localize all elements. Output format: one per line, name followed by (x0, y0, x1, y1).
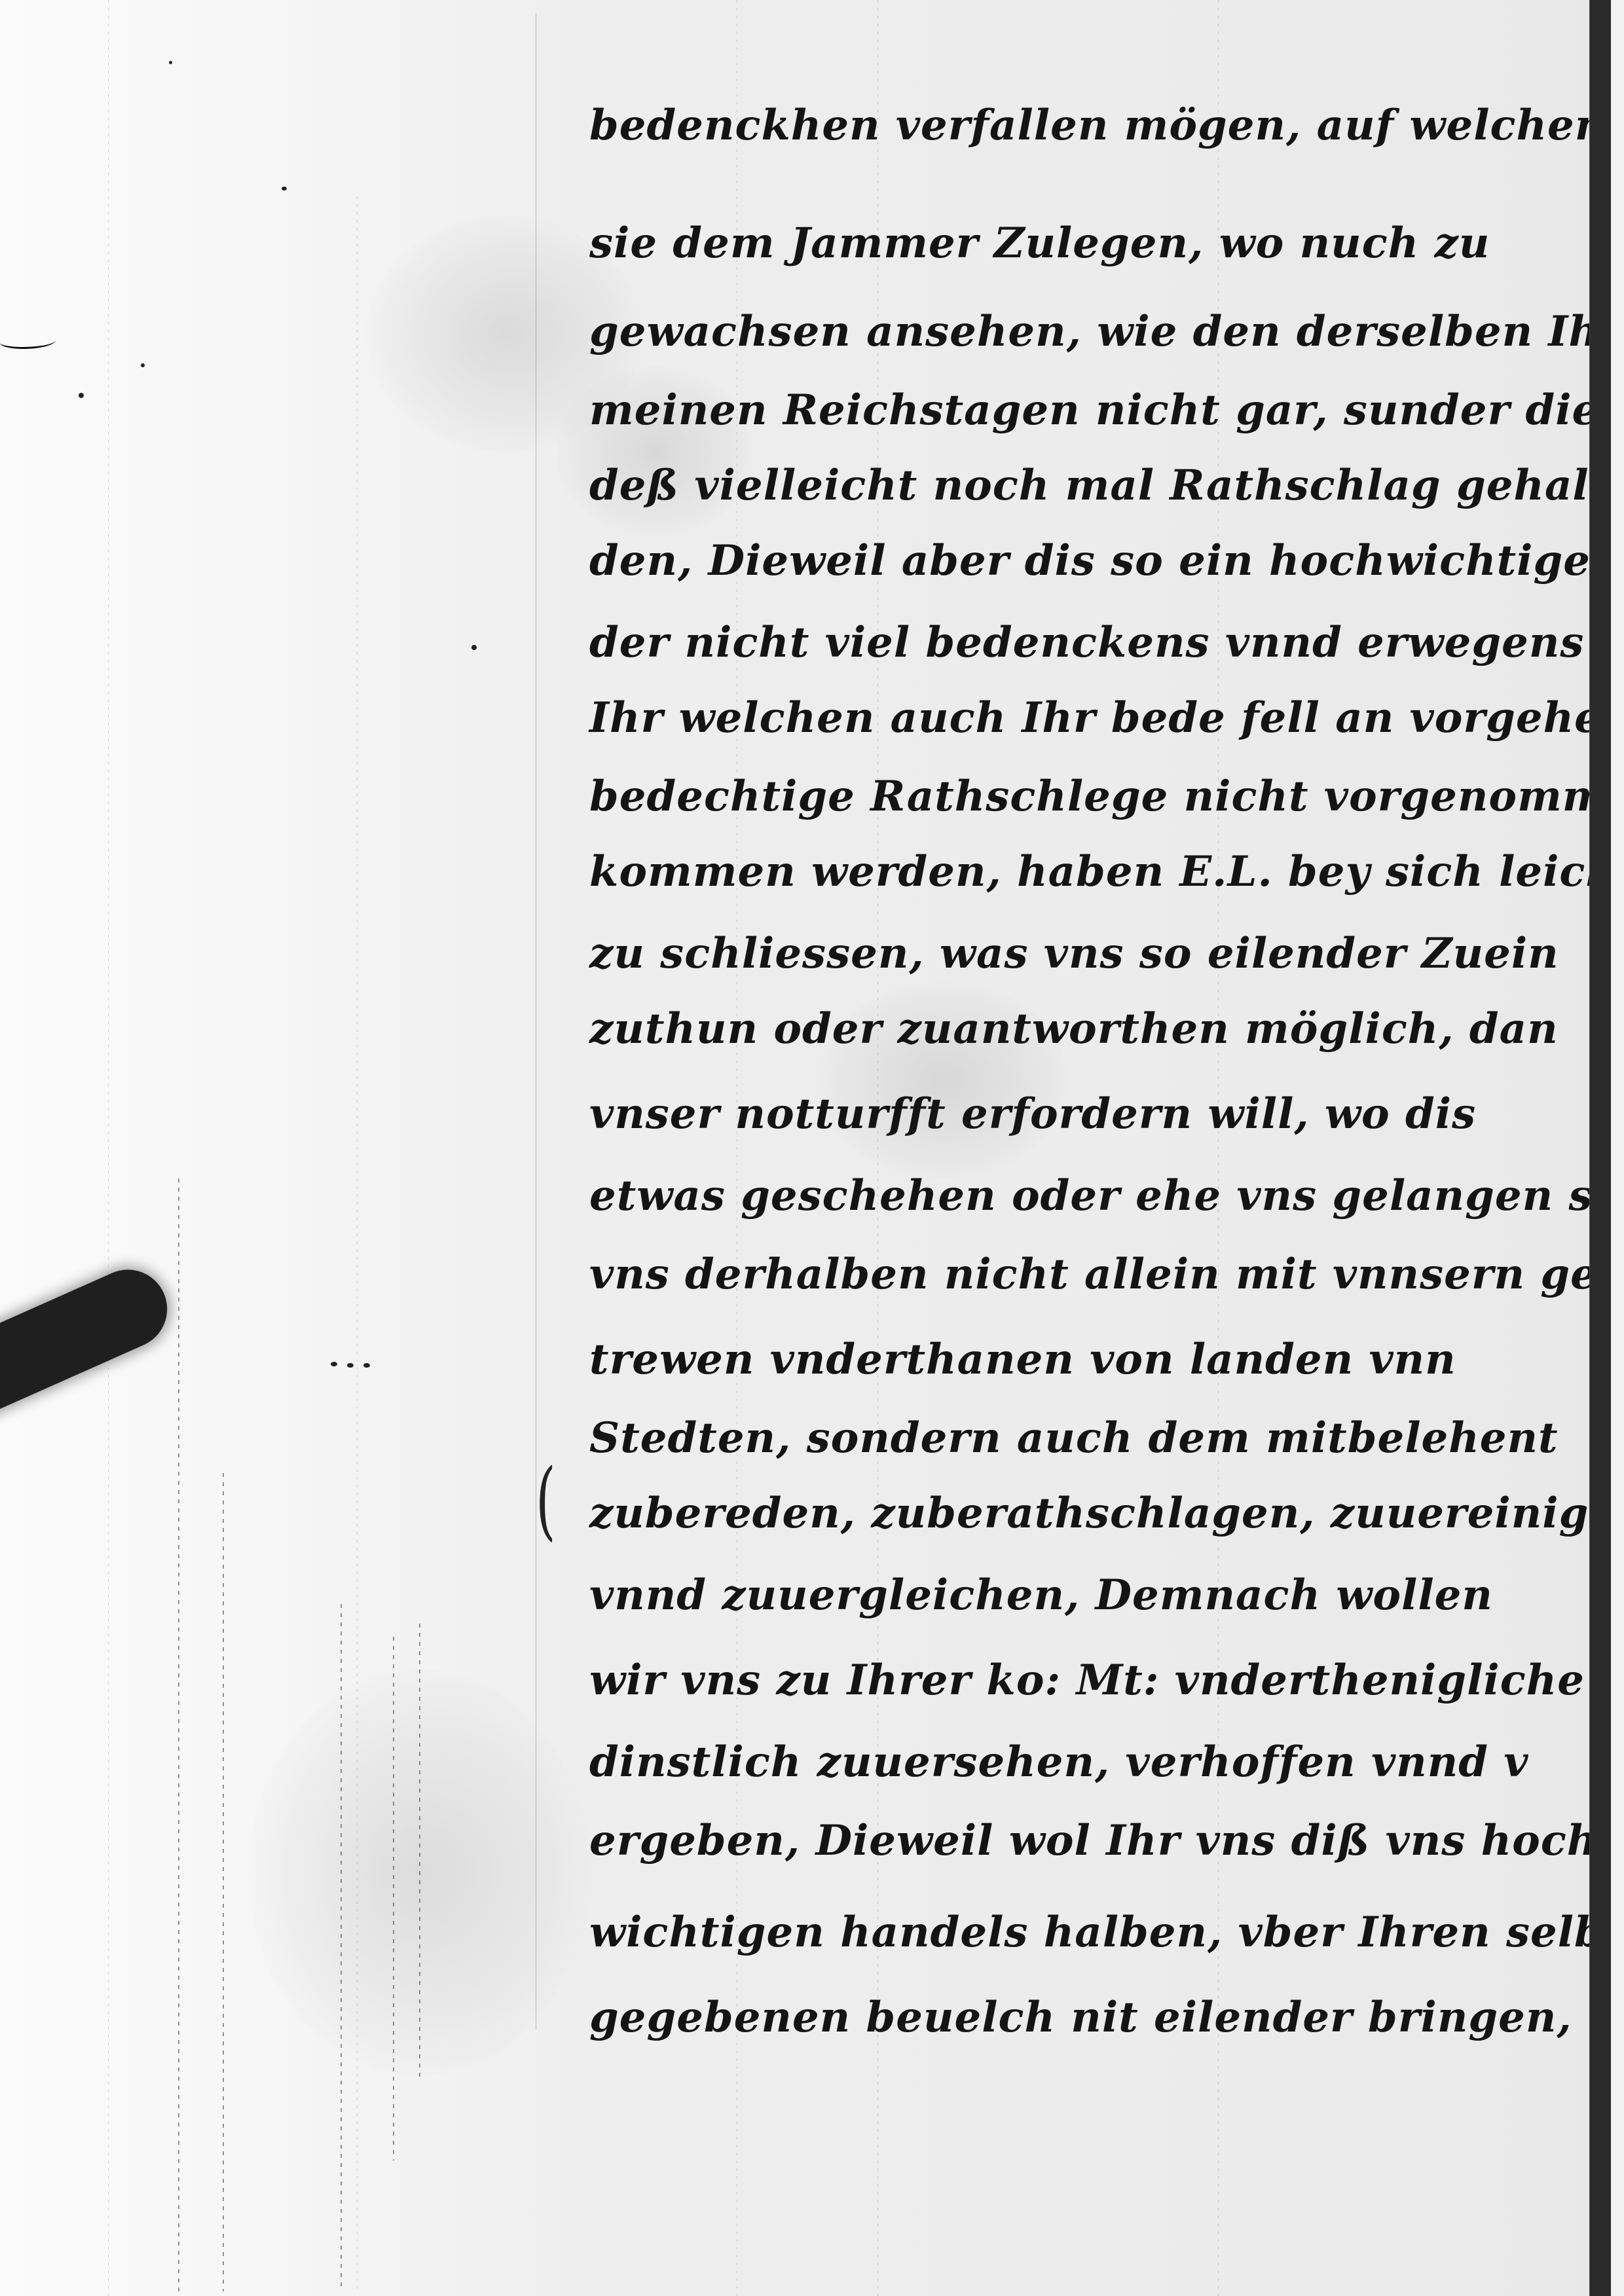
text-line: bedechtige Rathschlege nicht vorgenommen… (589, 776, 1624, 818)
text-line: dinstlich zuuersehen, verhoffen vnnd v (589, 1741, 1528, 1783)
ink-speck (169, 61, 172, 64)
manuscript-page: ( bedenckhen verfallen mögen, auf welche… (0, 0, 1624, 2296)
text-line: meinen Reichstagen nicht gar, sunder die… (589, 390, 1624, 431)
text-line: zu schliessen, was vns so eilender Zuein (589, 933, 1559, 975)
margin-bracket: ( (536, 1450, 555, 1550)
ink-speck (471, 645, 477, 650)
scan-streak (341, 1604, 342, 2291)
text-line: kommen werden, haben E.L. bey sich leich… (589, 851, 1624, 893)
ink-speck (79, 393, 84, 398)
scan-streak (178, 1178, 179, 2291)
text-line: zubereden, zuberathschlagen, zuuereinige… (589, 1493, 1624, 1535)
text-line: wichtigen handels halben, vber Ihren sel… (589, 1912, 1604, 1954)
scan-streak (357, 196, 358, 2291)
text-line: bedenckhen verfallen mögen, auf welchen (589, 105, 1606, 147)
text-line: deß vielleicht noch mal Rathschlag gehal… (589, 465, 1624, 507)
text-line: vnser notturfft erfordern will, wo dis (589, 1093, 1476, 1135)
stray-pen-stroke (0, 334, 56, 349)
text-line: wir vns zu Ihrer ko: Mt: vndertheniglich… (589, 1660, 1585, 1702)
binding-edge-shadow (1590, 0, 1611, 2296)
scan-streak (393, 1637, 394, 2160)
text-line: Stedten, sondern auch dem mitbelehent (589, 1417, 1559, 1459)
scan-streak (108, 0, 109, 2296)
scan-streak (223, 1473, 224, 2291)
scan-streak (419, 1624, 420, 2082)
text-line: Ihr welchen auch Ihr bede fell an vorgeh… (589, 697, 1624, 739)
ink-speck (141, 363, 145, 367)
ink-speck (347, 1363, 354, 1368)
text-line: zuthun oder zuantworthen möglich, dan (589, 1008, 1559, 1050)
text-line: sie dem Jammer Zulegen, wo nuch zu (589, 223, 1490, 264)
marker-bar-artifact (0, 1257, 179, 1427)
text-line: gegebenen beuelch nit eilender bringen, (589, 1997, 1572, 2039)
ink-speck (331, 1362, 337, 1366)
text-line: vns derhalben nicht allein mit vnnsern g… (589, 1254, 1598, 1296)
text-line: der nicht viel bedenckens vnnd erwegens … (589, 622, 1624, 664)
ink-speck (282, 187, 287, 191)
text-line: ergeben, Dieweil wol Ihr vns diß vns hoc… (589, 1820, 1598, 1862)
page-outer-margin (1611, 0, 1624, 2296)
text-line: trewen vnderthanen von landen vnn (589, 1339, 1456, 1381)
text-line: gewachsen ansehen, wie den derselben Ihr… (589, 311, 1624, 353)
text-line: vnnd zuuergleichen, Demnach wollen (589, 1575, 1493, 1616)
text-line: etwas geschehen oder ehe vns gelangen so… (589, 1175, 1624, 1217)
margin-rule (536, 13, 536, 2030)
text-line: den, Dieweil aber dis so ein hochwichtig… (589, 540, 1624, 582)
ink-speck (363, 1363, 370, 1368)
